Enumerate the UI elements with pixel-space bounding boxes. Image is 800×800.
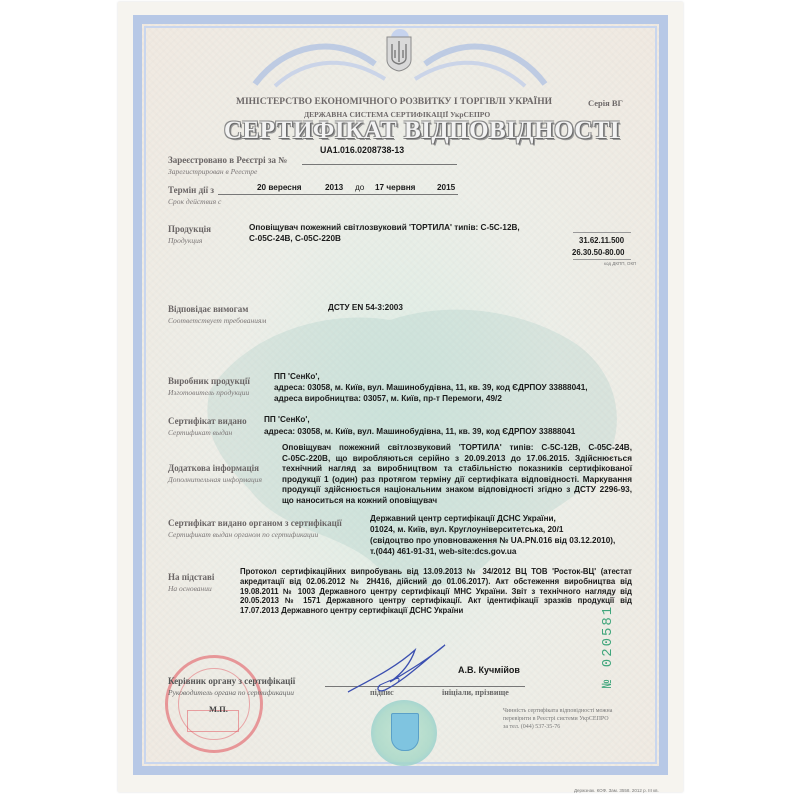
signatory-name: А.В. Кучмійов bbox=[458, 665, 520, 675]
issuing-body-address: 01024, м. Київ, вул. Круглоуніверситетсь… bbox=[370, 525, 563, 534]
product-label: Продукція bbox=[168, 224, 211, 234]
registry-note-line-1: Чинність сертифіката відповідності можна bbox=[503, 707, 612, 715]
requirements-label-ru: Соответствует требованиям bbox=[168, 316, 266, 325]
validity-to-year: 2015 bbox=[437, 183, 455, 192]
basis-text: Протокол сертифікаційних випробувань від… bbox=[240, 567, 632, 616]
validity-to-date: 17 червня bbox=[375, 183, 415, 192]
registry-label-ru: Зарегистрирован в Реестре bbox=[168, 167, 257, 176]
certificate-title: СЕРТИФІКАТ ВІДПОВІДНОСТІ bbox=[224, 117, 620, 145]
product-line-1: Оповіщувач пожежний світлозвуковий 'ТОРТ… bbox=[249, 223, 520, 232]
serial-number: № 020581 bbox=[600, 605, 616, 688]
product-code-dkpp: 31.62.11.500 bbox=[579, 236, 624, 245]
registry-underline bbox=[302, 164, 457, 165]
registry-label: Зареєстровано в Реєстрі за № bbox=[168, 155, 287, 165]
registry-note-line-2: перевірити в Реєстрі системи УкрСЕПРО bbox=[503, 715, 612, 723]
issuing-body-contacts: т.(044) 461-91-31, web-site:dcs.gov.ua bbox=[370, 547, 516, 556]
additional-info-label-ru: Дополнительная информация bbox=[168, 475, 262, 484]
code-bottom-line bbox=[573, 259, 631, 260]
validity-underline bbox=[218, 194, 458, 195]
validity-from-date: 20 вересня bbox=[257, 183, 302, 192]
validity-from-year: 2013 bbox=[325, 183, 343, 192]
manufacturer-label-ru: Изготовитель продукции bbox=[168, 388, 249, 397]
manufacturer-label: Виробник продукції bbox=[168, 376, 250, 386]
hologram-trident-icon bbox=[391, 713, 419, 751]
handwritten-signature bbox=[340, 640, 450, 695]
registry-note: Чинність сертифіката відповідності можна… bbox=[503, 707, 612, 731]
additional-info-text: Оповіщувач пожежний світлозвуковий 'ТОРТ… bbox=[282, 443, 632, 507]
stamp-place-mark: М.П. bbox=[209, 704, 228, 714]
manufacturer-production-address: адреса виробництва: 03057, м. Київ, пр-т… bbox=[274, 394, 502, 403]
issued-to-label-ru: Сертификат выдан bbox=[168, 428, 232, 437]
series-label: Серія ВГ bbox=[588, 98, 623, 108]
registry-number: UA1.016.0208738-13 bbox=[320, 145, 404, 155]
print-note: Держзнак. КОФ. Зам. 3558. 2012 р. III кв… bbox=[574, 788, 659, 793]
trident-icon bbox=[386, 36, 412, 72]
requirements-standard: ДСТУ EN 54-3:2003 bbox=[328, 303, 403, 312]
validity-to-word: до bbox=[355, 183, 364, 192]
validity-label-ru: Срок действия с bbox=[168, 197, 221, 206]
manufacturer-address: адреса: 03058, м. Київ, вул. Машинобудів… bbox=[274, 383, 588, 392]
issuing-body-name: Державний центр сертифікації ДСНС Україн… bbox=[370, 514, 556, 523]
issuing-body-authorization: (свідоцтво про уповноваження № UA.PN.016… bbox=[370, 536, 615, 545]
issued-to-label: Сертифікат видано bbox=[168, 416, 247, 426]
issuing-body-label: Сертифікат видано органом з сертифікації bbox=[168, 518, 342, 528]
requirements-label: Відповідає вимогам bbox=[168, 304, 248, 314]
signatory-label: Керівник органу з сертифікації bbox=[168, 676, 295, 686]
basis-label: На підставі bbox=[168, 572, 214, 582]
signatory-label-ru: Руководитель органа по сертификации bbox=[168, 688, 294, 697]
product-code-okp: 26.30.50-80.00 bbox=[572, 248, 624, 257]
basis-label-ru: На основании bbox=[168, 584, 212, 593]
additional-info-label: Додаткова інформація bbox=[168, 463, 259, 473]
issuing-body-label-ru: Сертификат выдан органом по сертификации bbox=[168, 530, 318, 539]
ministry-name: МІНІСТЕРСТВО ЕКОНОМІЧНОГО РОЗВИТКУ І ТОР… bbox=[236, 97, 552, 107]
issued-to-address: адреса: 03058, м. Київ, вул. Машинобудів… bbox=[264, 427, 575, 436]
registry-note-line-3: за тел. (044) 537-35-76 bbox=[503, 723, 612, 731]
manufacturer-name: ПП 'СенКо', bbox=[274, 372, 320, 381]
code-caption: код ДКПП, ОКП bbox=[604, 261, 636, 266]
code-top-line bbox=[573, 232, 631, 233]
validity-label: Термін дії з bbox=[168, 185, 214, 195]
product-line-2: С-05С-24В, С-05С-220В bbox=[249, 234, 341, 243]
issued-to-name: ПП 'СенКо', bbox=[264, 415, 310, 424]
product-label-ru: Продукция bbox=[168, 236, 202, 245]
name-caption: ініціали, прізвище bbox=[442, 688, 509, 697]
